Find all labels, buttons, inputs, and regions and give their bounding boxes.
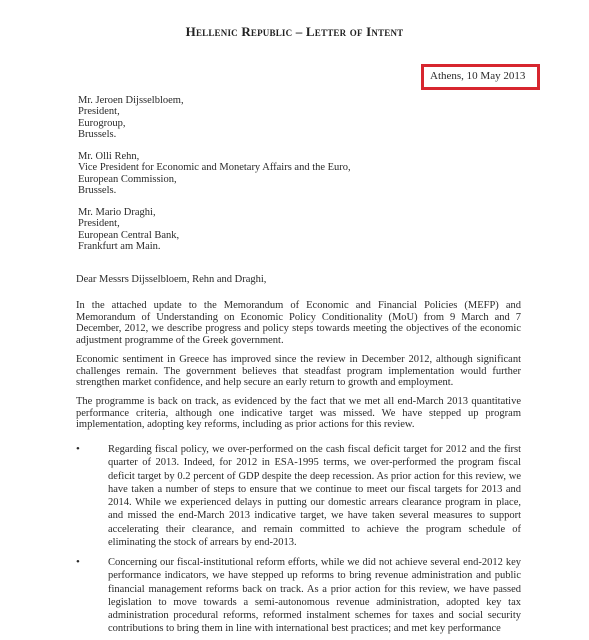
- addressee-line: Frankfurt am Main.: [78, 241, 179, 252]
- document-title: Hellenic Republic – Letter of Intent: [0, 24, 589, 40]
- addressee-line: President,: [78, 218, 179, 229]
- body-paragraph: In the attached update to the Memorandum…: [76, 300, 521, 346]
- body-paragraph: The programme is back on track, as evide…: [76, 396, 521, 431]
- bullet-icon: •: [76, 443, 80, 455]
- addressee-block: Mr. Jeroen Dijsselbloem, President, Euro…: [78, 95, 184, 141]
- body-paragraph: Economic sentiment in Greece has improve…: [76, 354, 521, 389]
- salutation: Dear Messrs Dijsselbloem, Rehn and Dragh…: [76, 274, 266, 285]
- bullet-text: Regarding fiscal policy, we over-perform…: [108, 443, 521, 549]
- addressee-line: Brussels.: [78, 129, 184, 140]
- addressee-block: Mr. Mario Draghi, President, European Ce…: [78, 207, 179, 253]
- addressee-line: Eurogroup,: [78, 118, 184, 129]
- bullet-text: Concerning our fiscal-institutional refo…: [108, 556, 521, 636]
- addressee-line: European Commission,: [78, 174, 351, 185]
- letter-date: Athens, 10 May 2013: [430, 70, 525, 82]
- addressee-line: European Central Bank,: [78, 230, 179, 241]
- addressee-block: Mr. Olli Rehn, Vice President for Econom…: [78, 151, 351, 197]
- addressee-line: Mr. Jeroen Dijsselbloem,: [78, 95, 184, 106]
- addressee-line: Vice President for Economic and Monetary…: [78, 162, 351, 173]
- addressee-line: President,: [78, 106, 184, 117]
- addressee-line: Brussels.: [78, 185, 351, 196]
- addressee-line: Mr. Olli Rehn,: [78, 151, 351, 162]
- date-highlight-box: Athens, 10 May 2013: [421, 64, 540, 90]
- addressee-line: Mr. Mario Draghi,: [78, 207, 179, 218]
- bullet-icon: •: [76, 556, 80, 568]
